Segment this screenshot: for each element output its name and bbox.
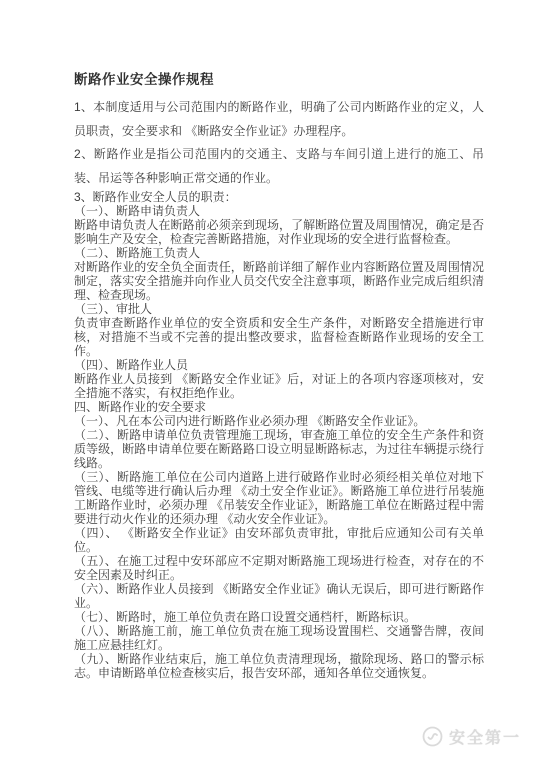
paragraph: （一）、断路申请负责人 [74,204,484,218]
paragraph: （四）、 《断路安全作业证》由安环部负责审批，审批后应通知公司有关单位。 [74,526,484,554]
safety-first-watermark: 安全第一 [422,725,521,748]
document-title: 断路作业安全操作规程 [74,72,484,88]
paragraph: 2、断路作业是指公司范围内的交通主、支路与车间引道上进行的施工、吊装、吊运等各种… [74,143,484,190]
paragraph: （五）、在施工过程中安环部应不定期对断路施工现场进行检查，对存在的不安全因素及时… [74,554,484,582]
intro-paragraphs: 1、本制度适用与公司范围内的断路作业，明确了公司内断路作业的定义，人员职责，安全… [74,96,484,190]
paragraph: （二）、断路施工负责人 [74,246,484,260]
paragraph: 3、断路作业安全人员的职责： [74,190,484,204]
paragraph: 负责审查断路作业单位的安全资质和安全生产条件，对断路安全措施进行审核，对措施不当… [74,316,484,358]
paragraph: 四、断路作业的安全要求 [74,400,484,414]
paragraph: 对断路作业的安全负全面责任，断路前详细了解作业内容断路位置及周围情况制定，落实安… [74,260,484,302]
safety-first-logo-icon [422,726,443,747]
paragraph: （三）、审批人 [74,302,484,316]
paragraph: （七）、断路时，施工单位负责在路口设置交通档杆，断路标识。 [74,610,484,624]
paragraph: （四）、断路作业人员 [74,358,484,372]
paragraph: （八）、断路施工前，施工单位负责在施工现场设置围栏、交通警告牌，夜间施工应悬挂红… [74,624,484,652]
paragraph: （六）、断路作业人员接到 《断路安全作业证》确认无误后，即可进行断路作业。 [74,582,484,610]
document-page: 断路作业安全操作规程 1、本制度适用与公司范围内的断路作业，明确了公司内断路作业… [0,0,537,760]
paragraph: 断路申请负责人在断路前必须亲到现场，了解断路位置及周围情况，确定是否影响生产及安… [74,218,484,246]
paragraph: 断路作业人员接到 《断路安全作业证》后，对证上的各项内容逐项核对，安全措施不落实… [74,372,484,400]
document-content: 断路作业安全操作规程 1、本制度适用与公司范围内的断路作业，明确了公司内断路作业… [74,72,484,680]
paragraph: （一）、凡在本公司内进行断路作业必须办理 《断路安全作业证》。 [74,414,484,428]
paragraph: （三）、断路施工单位在公司内道路上进行破路作业时必须经相关单位对地下管线、电缆等… [74,470,484,526]
paragraph: （九）、断路作业结束后，施工单位负责清理现场，撤除现场、路口的警示标志。申请断路… [74,652,484,680]
paragraph: 1、本制度适用与公司范围内的断路作业，明确了公司内断路作业的定义，人员职责，安全… [74,96,484,143]
watermark-text: 安全第一 [449,725,521,748]
paragraph: （二）、断路申请单位负责管理施工现场，审查施工单位的安全生产条件和资质等级，断路… [74,428,484,470]
body-paragraphs: 3、断路作业安全人员的职责： （一）、断路申请负责人 断路申请负责人在断路前必须… [74,190,484,680]
